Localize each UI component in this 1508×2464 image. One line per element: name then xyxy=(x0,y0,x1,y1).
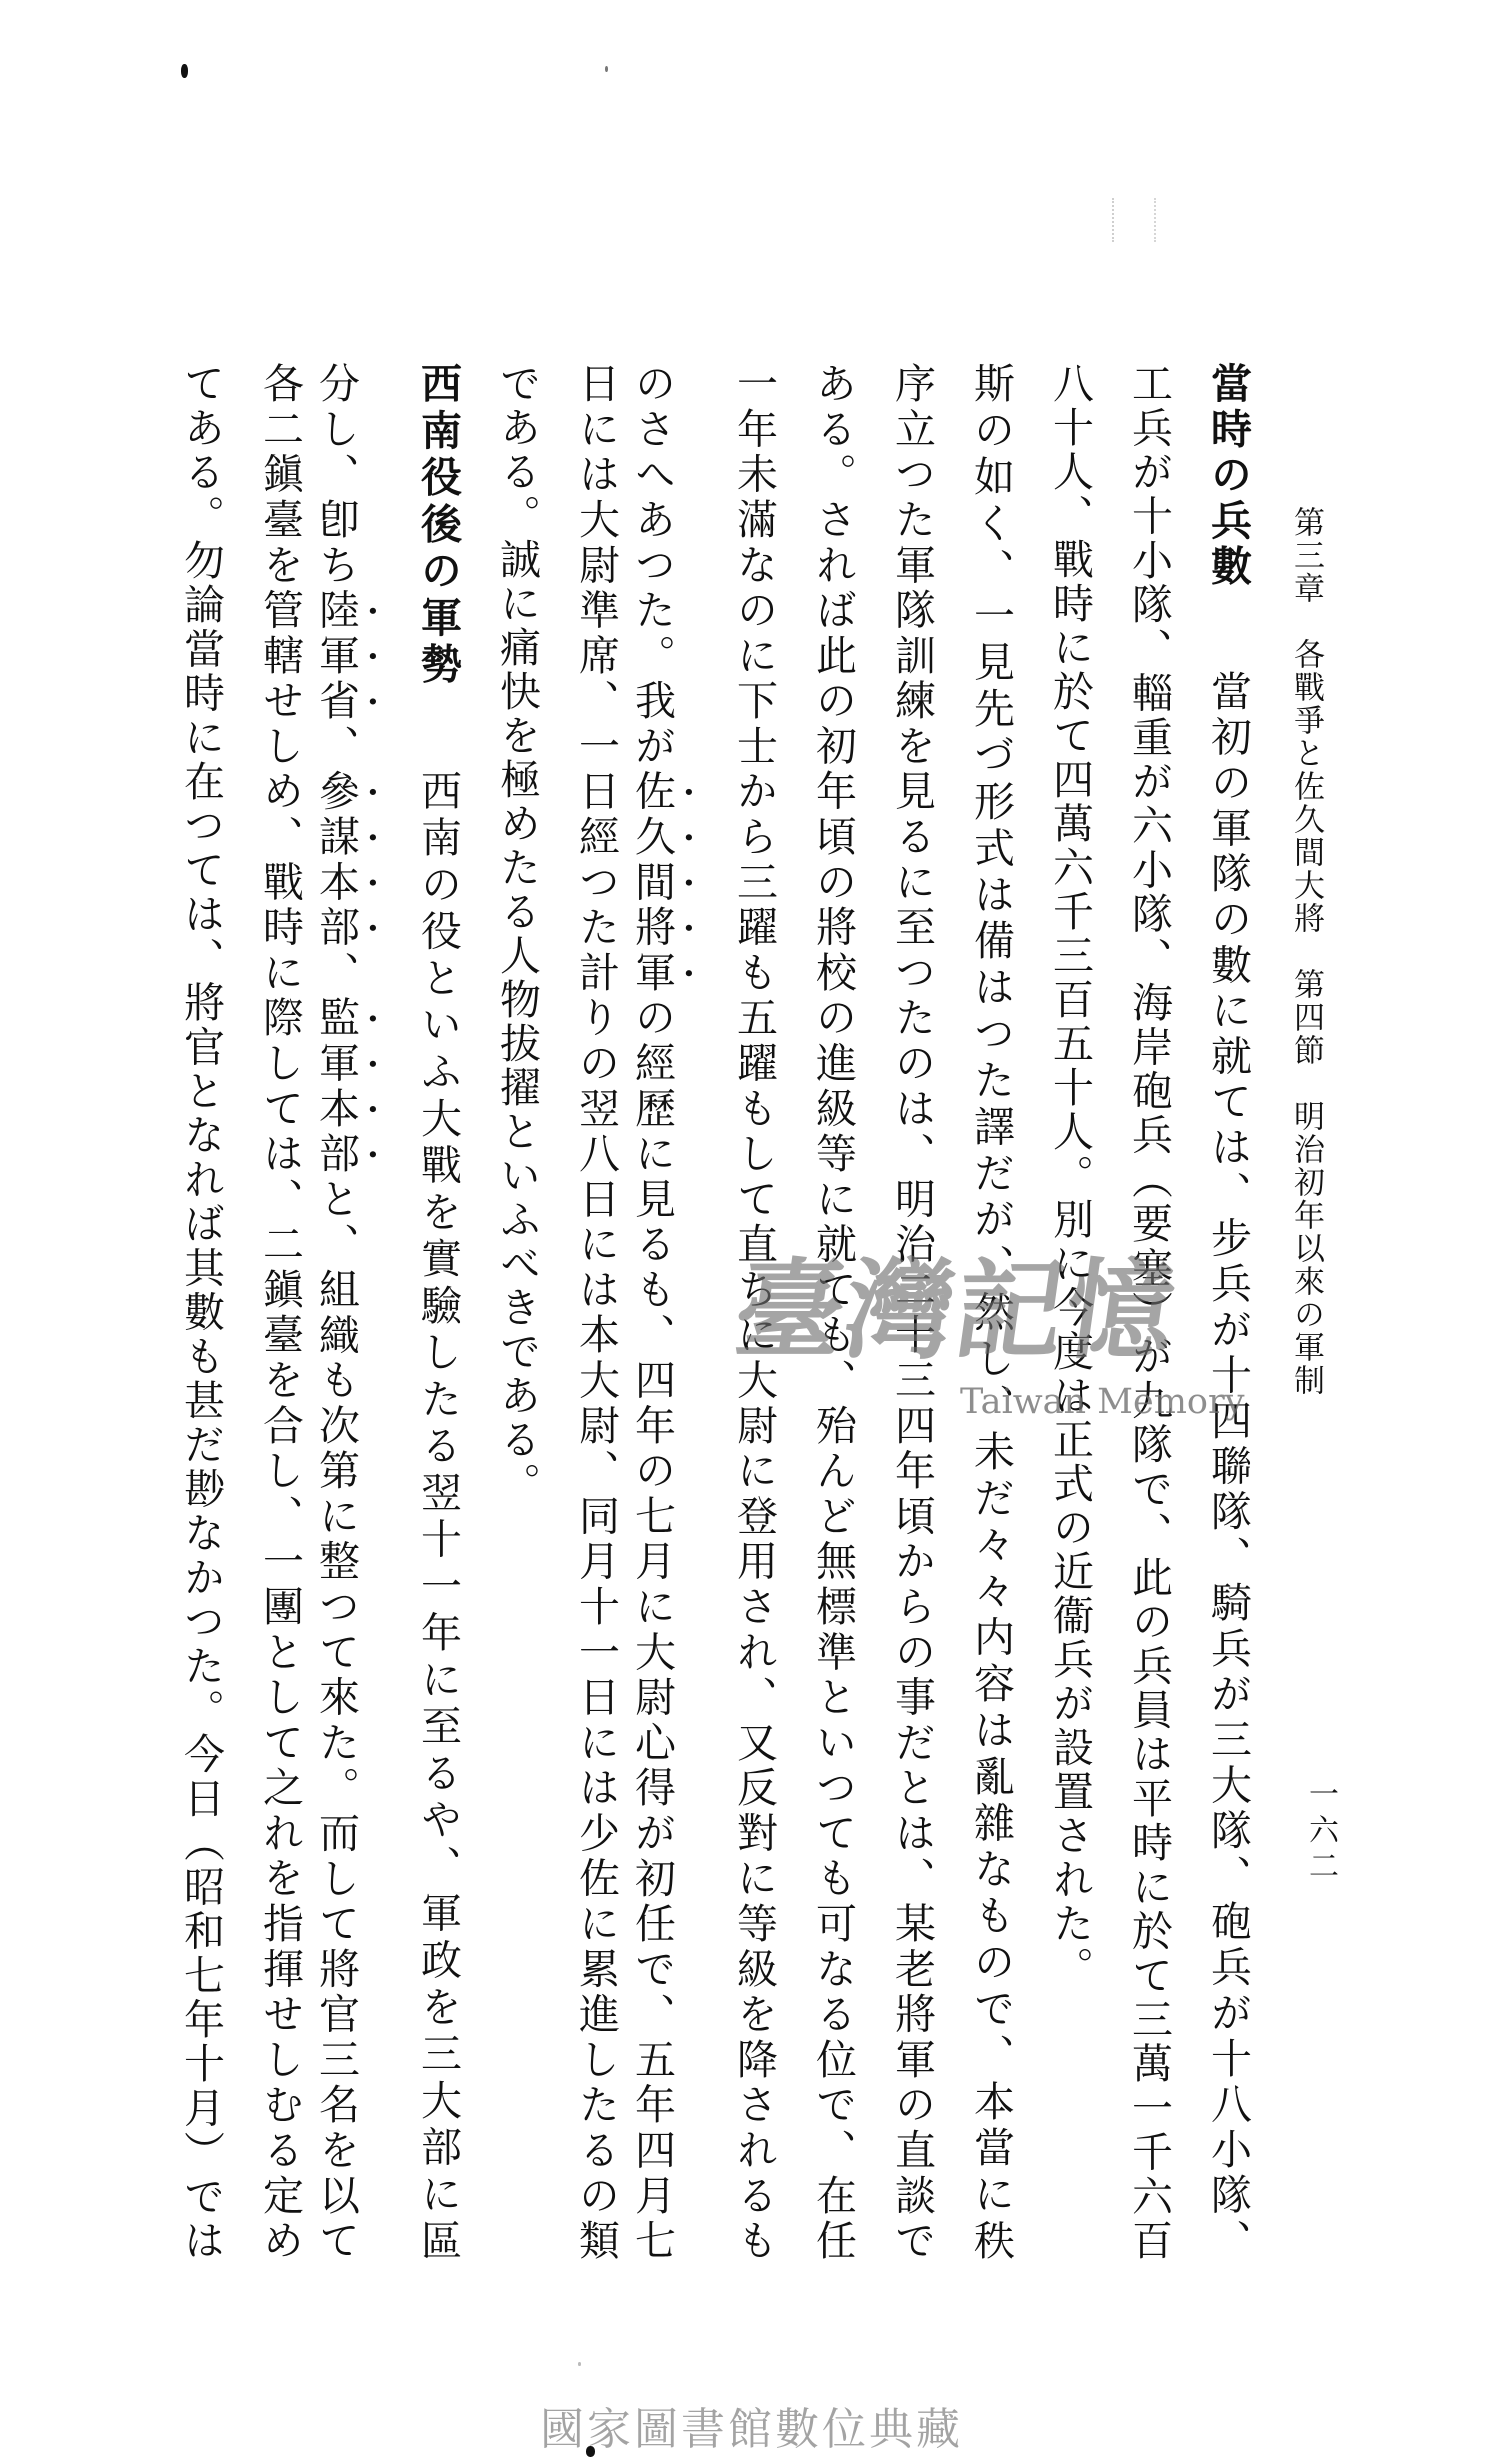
text-column: 西南役後の軍勢西南の役といふ大戰を實驗したる翌十一年に至るや、軍政を三大部に區 xyxy=(413,362,463,2260)
text-column: 工兵が十小隊、輜重が六小隊、海岸砲兵（要塞）が九隊で、此の兵員は平時に於て三萬一… xyxy=(1124,362,1174,2260)
scan-speck xyxy=(181,64,188,78)
column-text: と、組織も次第に整つて來た。而して將官三名を以て xyxy=(312,1177,360,2260)
watermark-logo: 臺灣記憶 xyxy=(727,1246,1185,1376)
text-column: 八十人、戰時に於て四萬六千三百五十人。別に今度は正式の近衞兵が設置された。 xyxy=(1045,362,1095,2260)
column-text: の經歷に見るも、四年の七月に大尉心得が初任で、五年四月七 xyxy=(628,996,676,2260)
text-column: てある。勿論當時に在つては、將官となれば其數も甚だ尠なかつた。今日（昭和七年十月… xyxy=(176,362,226,2260)
section-title: 明治初年以來の軍制 xyxy=(1288,1100,1324,1397)
text-column: のさへあつた。我が佐久間將軍の經歷に見るも、四年の七月に大尉心得が初任で、五年四… xyxy=(650,362,700,2260)
text-column: 各二鎭臺を管轄せしめ、戰時に際しては、二鎭臺を合し、一團として之れを指揮せしむる… xyxy=(255,362,305,2260)
text-column: である。誠に痛快を極めたる人物拔擢といふべきである。 xyxy=(492,362,542,2260)
text-column: 當時の兵數當初の軍隊の數に就ては、步兵が十四聯隊、騎兵が三大隊、砲兵が十八小隊、 xyxy=(1203,362,1253,2260)
column-text: 當初の軍隊の數に就ては、步兵が十四聯隊、騎兵が三大隊、砲兵が十八小隊、 xyxy=(1204,670,1252,2260)
emphasized-text: 監軍本部 xyxy=(312,996,360,1177)
column-text: 西南の役といふ大戰を實驗したる翌十一年に至るや、軍政を三大部に區 xyxy=(414,769,462,2260)
emphasized-text: 參謀本部 xyxy=(312,770,360,951)
section-label: 第四節 xyxy=(1288,968,1324,1067)
chapter-title: 各戰爭と佐久間大將 xyxy=(1288,638,1324,935)
scanned-book-page: 第三章各戰爭と佐久間大將第四節明治初年以來の軍制 一六二 當時の兵數當初の軍隊の… xyxy=(0,0,1508,2464)
text-column: ある。されば此の初年頃の將校の進級等に就ても、殆んど無標準といつても可なる位で、… xyxy=(808,362,858,2260)
text-column: 分し、卽ち陸軍省、參謀本部、監軍本部と、組織も次第に整つて來た。而して將官三名を… xyxy=(334,362,384,2260)
column-text: 、 xyxy=(312,951,360,996)
emphasized-text: 陸軍省 xyxy=(312,588,360,724)
text-column: 日には大尉準席、一日經つた計りの翌八日には本大尉、同月十一日には少佐に累進したる… xyxy=(571,362,621,2260)
scan-smudge xyxy=(1112,198,1156,242)
scan-speck xyxy=(578,2362,581,2366)
running-head: 第三章各戰爭と佐久間大將第四節明治初年以來の軍制 xyxy=(1288,506,1324,1386)
column-text: のさへあつた。我が xyxy=(628,362,676,770)
scan-speck xyxy=(605,66,608,72)
text-column: 一年未滿なのに下士から三躍も五躍もして直ちに大尉に登用され、又反對に等級を降され… xyxy=(729,362,779,2260)
footer-credit: 國家圖書館數位典藏 xyxy=(540,2404,963,2456)
section-heading: 當時の兵數 xyxy=(1204,362,1252,590)
column-text: 分し、卽ち xyxy=(312,362,360,588)
page-number: 一六二 xyxy=(1303,1778,1337,1886)
chapter-label: 第三章 xyxy=(1288,506,1324,605)
text-column: 斯の如く、一見先づ形式は備はつた譯だが、然し、未だ々々内容は亂雜なもので、本當に… xyxy=(966,362,1016,2260)
emphasized-text: 佐久間將軍 xyxy=(628,770,676,996)
scan-speck xyxy=(586,2446,595,2457)
text-column: 序立つた軍隊訓練を見るに至つたのは、明治二十三四年頃からの事だとは、某老將軍の直… xyxy=(887,362,937,2260)
section-heading: 西南役後の軍勢 xyxy=(414,362,462,689)
column-text: 、 xyxy=(312,724,360,769)
